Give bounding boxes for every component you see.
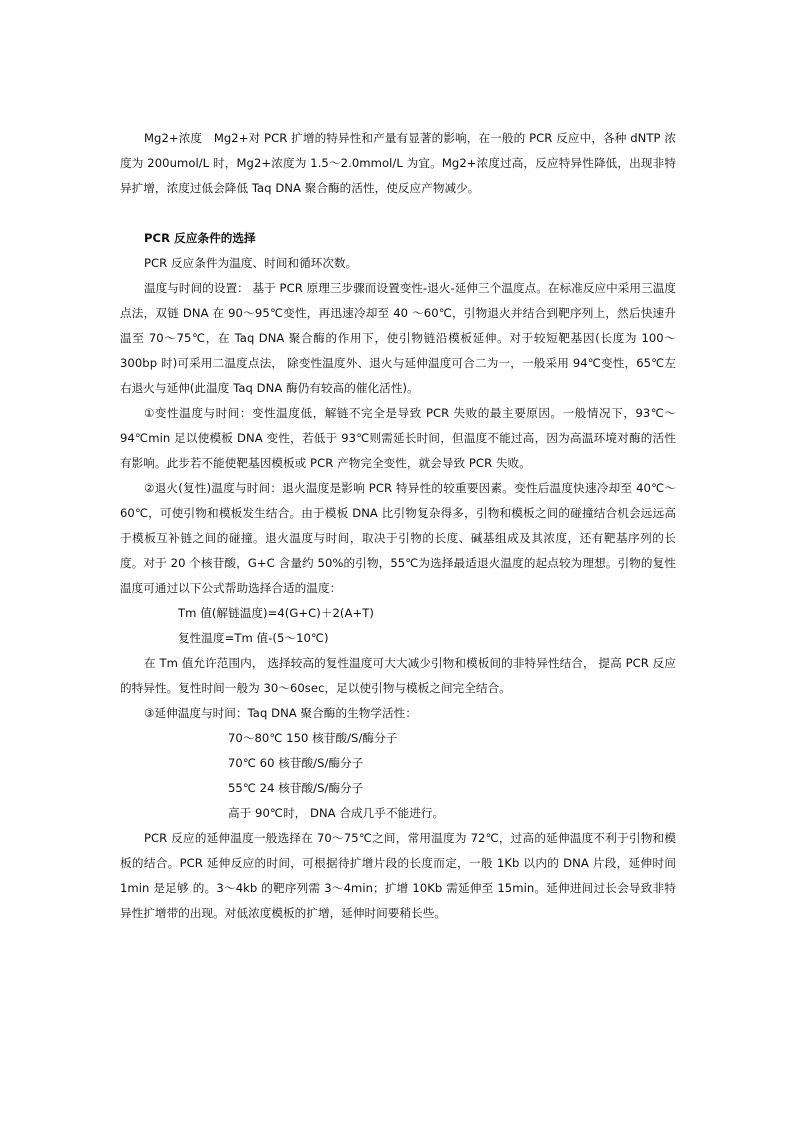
rate-line-1: 70～80℃ 150 核苷酸/S/酶分子 [120,726,676,751]
document-page: Mg2+浓度 Mg2+对 PCR 扩增的特异性和产量有显著的影响，在一般的 PC… [120,126,676,926]
paragraph-mg-concentration: Mg2+浓度 Mg2+对 PCR 扩增的特异性和产量有显著的影响，在一般的 PC… [120,126,676,201]
paragraph-extension-detail: PCR 反应的延伸温度一般选择在 70～75℃之间，常用温度为 72℃，过高的延… [120,826,676,926]
rate-line-3: 55℃ 24 核苷酸/S/酶分子 [120,776,676,801]
paragraph-intro: PCR 反应条件为温度、时间和循环次数。 [120,251,676,276]
paragraph-denaturation: ①变性温度与时间：变性温度低，解链不完全是导致 PCR 失败的最主要原因。一般情… [120,401,676,476]
formula-annealing-temp: 复性温度=Tm 值-(5～10℃) [120,626,676,651]
paragraph-temperature-time: 温度与时间的设置： 基于 PCR 原理三步骤而设置变性-退火-延伸三个温度点。在… [120,276,676,401]
spacer [120,201,676,226]
paragraph-tm-range: 在 Tm 值允许范围内， 选择较高的复性温度可大大减少引物和模板间的非特异性结合… [120,651,676,701]
rate-line-2: 70℃ 60 核苷酸/S/酶分子 [120,751,676,776]
paragraph-annealing: ②退火(复性)温度与时间：退火温度是影响 PCR 特异性的较重要因素。变性后温度… [120,476,676,601]
rate-line-4: 高于 90℃时， DNA 合成几乎不能进行。 [120,801,676,826]
section-heading: PCR 反应条件的选择 [120,226,676,251]
paragraph-extension: ③延伸温度与时间：Taq DNA 聚合酶的生物学活性： [120,701,676,726]
formula-tm: Tm 值(解链温度)=4(G+C)＋2(A+T) [120,601,676,626]
